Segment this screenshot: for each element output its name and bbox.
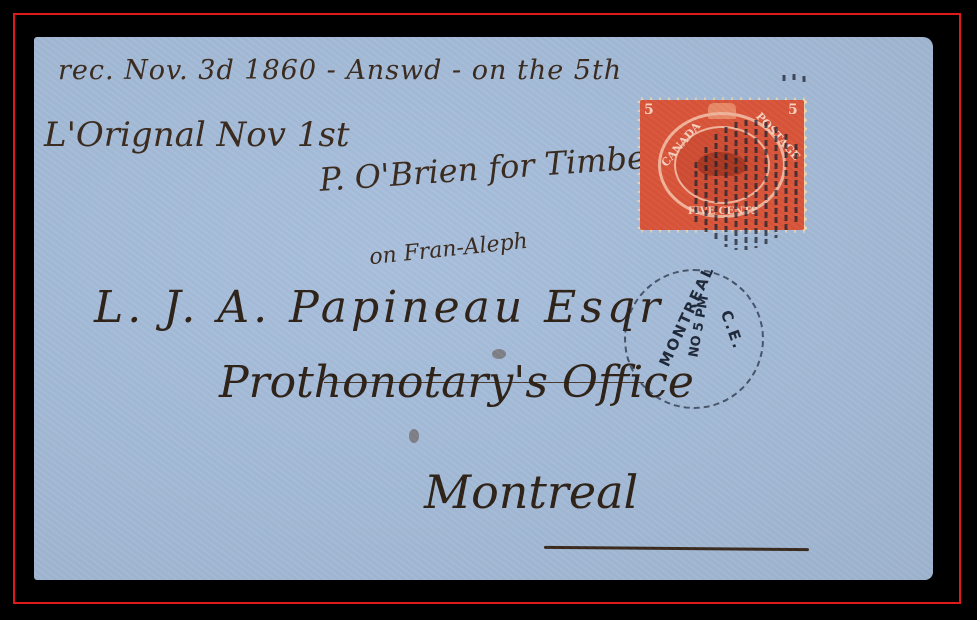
ink-blot: [409, 429, 419, 443]
stamp-value-left: 5: [644, 102, 654, 118]
stamp-denomination: FIVE CENTS: [688, 206, 758, 217]
montreal-postmark: MONTREAL NO 5 PM C.E.: [624, 269, 764, 409]
docket-note-received: rec. Nov. 3d 1860 - Answd - on the 5th: [58, 55, 622, 86]
city-underline: [544, 546, 809, 551]
envelope: rec. Nov. 3d 1860 - Answd - on the 5th L…: [34, 37, 933, 580]
sender-note-sub: on Fran-Aleph: [368, 229, 529, 270]
beaver-icon: [698, 152, 746, 176]
docket-note-origin: L'Orignal Nov 1st: [44, 115, 350, 155]
address-recipient: L. J. A. Papineau Esqr: [94, 282, 664, 333]
address-city: Montreal: [424, 465, 638, 519]
postmark-office: C.E.: [717, 308, 748, 352]
sender-note: P. O'Brien for Timber: [318, 137, 662, 199]
stamp-value-right: 5: [788, 102, 798, 118]
address-office: Prothonotary's Office: [219, 357, 694, 408]
postage-stamp: 5 5 CANADA POSTAGE FIVE CENTS: [640, 100, 804, 230]
ink-blot: [492, 349, 506, 359]
